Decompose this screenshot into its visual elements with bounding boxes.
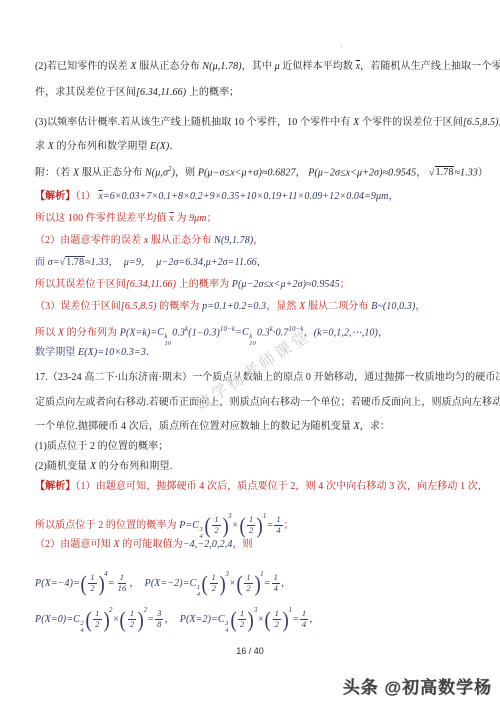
math-run: P(X=k)= (120, 327, 158, 338)
text-run: 的可能取值为 (120, 539, 183, 550)
math-run: 0.3 (257, 327, 270, 338)
text-run: 【解析】 (35, 481, 75, 492)
text-run: 一个单位.抛掷硬币 4 次后，质点所在位置对应数轴上的数记为随机变量 (35, 421, 354, 432)
math-run: = (235, 327, 242, 338)
text-run: 求 (35, 141, 48, 152)
math-run: ≈1.33 (454, 167, 478, 178)
math-run: E(X)=10×0.3=3 (78, 347, 146, 358)
text-run: （1）由题意可知，抛掷硬币 4 次后，质点要位于 2，则 4 次中向右移动 3 … (75, 481, 488, 492)
math-run: = (108, 578, 115, 589)
fraction: 14 (273, 520, 283, 531)
text-run: （1） (75, 191, 98, 202)
math-run: P(μ−σ≤x<μ+σ)≈0.6827 (198, 167, 296, 178)
text-line: 附：（若 X 服从正态分布 N(μ,σ2)，则 P(μ−σ≤x<μ+σ)≈0.6… (35, 158, 470, 180)
text-line: 所以 X 的分布列为 P(X=k)=Ck100.3k(1−0.3)10−k=Ck… (35, 318, 470, 340)
fraction: 14 (299, 614, 309, 625)
combination-symbol: C34 (218, 614, 230, 625)
text-line: 一个单位.抛掷硬币 4 次后，质点所在位置对应数轴上的数记为随机变量 X，求： (35, 416, 470, 438)
fraction: (12)1 (239, 520, 267, 531)
stray-mark: ' (341, 44, 342, 53)
text-run: 数学期望 (35, 347, 78, 358)
text-run: 个零件的误差位于区间 (359, 117, 463, 128)
math-run: = (292, 614, 299, 625)
text-line: 【解析】（1）由题意可知，抛掷硬币 4 次后，质点要位于 2，则 4 次中向右移… (35, 476, 470, 498)
text-run: ． (169, 141, 179, 152)
math-run: ≈1.33， μ=9， μ−2σ=6.34,μ+2σ=11.66 (85, 257, 257, 268)
math-run: × (232, 520, 239, 531)
text-line: 【解析】（1） x=6×0.03+7×0.1+8×0.2+9×0.35+10×0… (35, 186, 470, 208)
text-run: 服从正态分布 (79, 167, 145, 178)
text-line: （3）误差位于区间[6.5,8.5) 的概率为 p=0.1+0.2=0.3，显然… (35, 296, 470, 318)
math-run: [6.5,8.5) (463, 117, 499, 128)
math-run: P(μ−2σ≤x<μ+2σ)≈0.9545 (232, 279, 340, 290)
math-run: E(X) (150, 141, 169, 152)
text-run: 附：（若 (35, 167, 73, 178)
text-run: ． (146, 347, 156, 358)
math-run: P= (179, 520, 192, 531)
text-line: (3)以频率估计概率.若从该生产线上随机抽取 10 个零件，10 个零件中有 X… (35, 112, 470, 134)
math-run: N(μ,1.78) (202, 61, 241, 72)
superscript: 10−k (220, 325, 235, 333)
math-run: = (264, 578, 271, 589)
math-run: × (229, 578, 236, 589)
text-run: ，显然 (266, 301, 299, 312)
text-run: ， (257, 257, 267, 268)
text-run: ， (164, 614, 179, 625)
text-run: (1)质点位于 2 的位置的概率； (35, 441, 168, 452)
text-run: 为 (174, 213, 189, 224)
math-run: (k=0,1,2,⋯,10) (314, 327, 378, 338)
text-run: ，求： (360, 421, 390, 432)
math-run: N(μ,σ (145, 167, 168, 178)
text-line: （2）由题意可知 X 的可能取值为−4,−2,0,2,4，则 (35, 534, 470, 556)
text-run: 所以这 100 件零件误差平均值 (35, 213, 169, 224)
math-run: [6.34,11.66) (136, 87, 186, 98)
combination-symbol: Ck10 (242, 327, 257, 338)
text-run: 上的概率为 (176, 279, 232, 290)
math-run: B~(10,0.3) (371, 301, 415, 312)
text-line: 所以这 100 件零件误差平均值 x 为 9μm； (35, 208, 470, 230)
text-run: 而 (35, 257, 48, 268)
text-line: 定质点向左或者向右移动.若硬币正面向上，则质点向右移动一个单位；若硬币反面向上，… (35, 392, 470, 414)
text-run: 定质点向左或者向右移动.若硬币正面向上，则质点向右移动一个单位；若硬币反面向上，… (35, 397, 500, 408)
fraction: (12)1 (236, 578, 264, 589)
fraction: (12)2 (85, 614, 113, 625)
text-run: ，则 (175, 167, 198, 178)
fraction: 38 (154, 614, 164, 625)
text-run: ， (281, 578, 291, 589)
math-run: p=0.1+0.2=0.3 (202, 301, 266, 312)
math-run: =6×0.03+7×0.1+8×0.2+9×0.35+10×0.19+11×0.… (103, 191, 389, 202)
text-run: 【解析】 (35, 191, 75, 202)
text-run: 的分布列和数学期望 (54, 141, 150, 152)
text-run: ） (478, 167, 488, 178)
text-run: 17.（23-24 高二下·山东济南·期末）一个质点从数轴上的原点 0 开始移动… (35, 372, 500, 383)
text-line: 所以其误差位于区间[6.34,11.66) 上的概率为 P(μ−2σ≤x<μ+2… (35, 274, 470, 296)
text-run: 服从正态分布 (148, 235, 214, 246)
text-run: ； (284, 520, 294, 531)
text-run: (2)随机变量 (35, 461, 90, 472)
math-run: −4,−2,0,2,4 (183, 539, 233, 550)
text-run: ， (388, 191, 398, 202)
text-run: ，若随机从生产线上抽取一个零 (360, 61, 500, 72)
radical-expression: √1.78 (429, 166, 455, 178)
text-run: ，其中 (242, 61, 275, 72)
text-line: 件，求其误差位于区间[6.34,11.66) 上的概率； (35, 82, 470, 104)
text-run: ， (416, 167, 429, 178)
fraction: (12)4 (80, 578, 108, 589)
text-run: 的分布列和期望． (96, 461, 179, 472)
text-line: P(X=−4)=(12)4=116， P(X=−2)=C14(12)3×(12)… (35, 556, 470, 592)
text-run: 上的概率； (186, 87, 239, 98)
text-run: ，则 (232, 539, 252, 550)
text-run: ， (304, 327, 314, 338)
text-run: 件，求其误差位于区间 (35, 87, 136, 98)
math-run: σ= (48, 257, 60, 268)
math-run: [6.34,11.66) (126, 279, 176, 290)
math-run: P(X=2)= (180, 614, 218, 625)
document-page: (2)若已知零件的误差 X 服从正态分布 N(μ,1.78)，其中 μ 近似样本… (0, 0, 500, 707)
text-run: （2）由题意零件的误差 (35, 235, 144, 246)
text-line: (1)质点位于 2 的位置的概率； (35, 436, 470, 458)
math-run: 9μm (189, 213, 207, 224)
text-line: 而 σ=√1.78≈1.33， μ=9， μ−2σ=6.34,μ+2σ=11.6… (35, 252, 470, 274)
text-run: ； (207, 213, 217, 224)
fraction: (12)3 (201, 578, 229, 589)
text-line: 17.（23-24 高二下·山东济南·期末）一个质点从数轴上的原点 0 开始移动… (35, 367, 470, 389)
combination-symbol: C24 (73, 614, 85, 625)
text-run: ， (309, 614, 319, 625)
text-line: （2）由题意零件的误差 x 服从正态分布 N(9,1.78)， (35, 230, 470, 252)
fraction: 14 (271, 578, 281, 589)
text-line: P(X=0)=C24(12)2×(12)2=38， P(X=2)=C34(12)… (35, 592, 470, 628)
superscript: 10−k (288, 325, 303, 333)
text-line: (2)若已知零件的误差 X 服从正态分布 N(μ,1.78)，其中 μ 近似样本… (35, 56, 470, 78)
text-run: （3）误差位于区间 (35, 301, 121, 312)
text-run: ， (253, 235, 263, 246)
math-run: P(X=0)= (35, 614, 73, 625)
text-run: ； (340, 279, 350, 290)
combination-symbol: Ck10 (157, 327, 172, 338)
text-run: ， (378, 327, 388, 338)
math-run: P(μ−2σ≤x<μ+2σ)≈0.9545 (308, 167, 416, 178)
page-number: 16 / 40 (0, 646, 500, 656)
document-body: (2)若已知零件的误差 X 服从正态分布 N(μ,1.78)，其中 μ 近似样本… (35, 0, 470, 628)
fraction: (12)3 (204, 520, 232, 531)
math-run: 0.3 (172, 327, 185, 338)
text-run: 所以其误差位于区间 (35, 279, 126, 290)
text-run: 的分布列为 (64, 327, 120, 338)
fraction: (12)2 (119, 614, 147, 625)
math-run: P(X=−2)= (145, 578, 190, 589)
fraction: 116 (115, 578, 130, 589)
math-run: (1−0.3) (188, 327, 220, 338)
text-run: 服从二项分布 (305, 301, 371, 312)
bottom-watermark: 头条 @初高数学杨 (343, 673, 492, 698)
radical-expression: √1.78 (60, 256, 86, 268)
combination-symbol: C34 (192, 520, 204, 531)
text-line: 所以质点位于 2 的位置的概率为 P=C34(12)3×(12)1=14； (35, 498, 470, 534)
text-run: 所以 (35, 327, 58, 338)
text-run: 服从正态分布 (137, 61, 203, 72)
math-run: [6.5,8.5) (121, 301, 157, 312)
text-run: ， (296, 167, 309, 178)
fraction: (12)3 (230, 614, 258, 625)
text-line: (2)随机变量 X 的分布列和期望． (35, 456, 470, 478)
math-run: ·0.7 (273, 327, 288, 338)
text-run: 所以质点位于 2 的位置的概率为 (35, 520, 179, 531)
text-run: （2）由题意可知 (35, 539, 113, 550)
text-run: ， (415, 301, 425, 312)
text-run: 的概率为 (157, 301, 203, 312)
text-line: 求 X 的分布列和数学期望 E(X)． (35, 136, 470, 158)
math-run: P(X=−4)= (35, 578, 80, 589)
math-run: N(9,1.78) (214, 235, 253, 246)
text-run: 近似样本平均数 (280, 61, 356, 72)
text-run: ， (129, 578, 144, 589)
text-run: (3)以频率估计概率.若从该生产线上随机抽取 10 个零件，10 个零件中有 (35, 117, 353, 128)
combination-symbol: C14 (190, 578, 202, 589)
fraction: (12)1 (264, 614, 292, 625)
text-run: (2)若已知零件的误差 (35, 61, 130, 72)
